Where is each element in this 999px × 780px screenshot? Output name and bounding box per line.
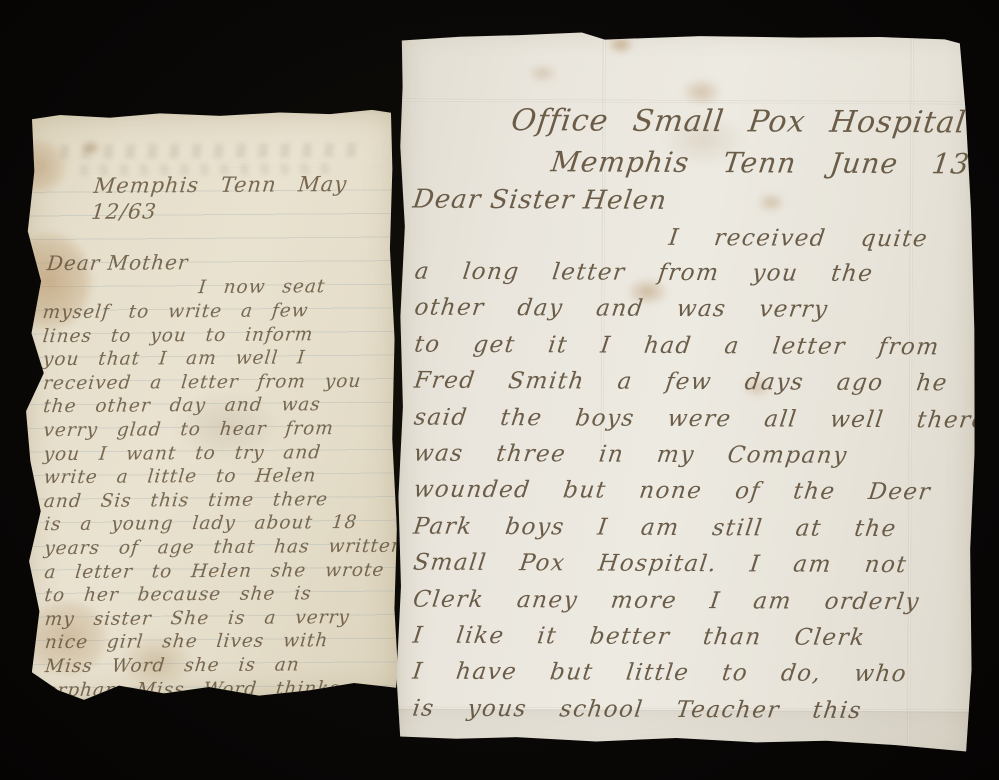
letter-line: myself to write a few xyxy=(41,299,401,325)
letter-line: said the boys were all well there xyxy=(412,399,980,438)
letter-line: is a young lady about 18 xyxy=(43,511,403,537)
letter-line: Fred Smith a few days ago he xyxy=(412,363,980,402)
left-letter-text: Memphis Tenn May 12/63 Dear Mother I now… xyxy=(20,109,402,702)
right-letter-dateline: Memphis Tenn June 13 xyxy=(549,143,979,183)
right-letter-salutation: Dear Sister Helen xyxy=(411,184,978,219)
letter-line: I like it better than Clerk xyxy=(411,618,979,657)
letter-line: received a letter from you xyxy=(42,369,402,395)
letter-line: Miss Word she is an xyxy=(44,653,404,679)
letter-line: you I want to try and xyxy=(42,440,402,466)
letter-line: a letter to Helen she wrote xyxy=(43,558,403,584)
left-letter-salutation: Dear Mother xyxy=(46,249,400,275)
right-letter-page: Office Small Pox Hospital Memphis Tenn J… xyxy=(396,26,977,755)
letter-line: Clerk aney more I am orderly xyxy=(411,581,979,620)
letter-line: a long letter from you the xyxy=(413,254,981,293)
right-letter-heading: Office Small Pox Hospital xyxy=(509,101,979,143)
letter-line: write a little to Helen xyxy=(43,464,403,490)
letter-line: to her because she is xyxy=(43,582,403,608)
letter-line: to get it I had a letter from xyxy=(412,326,980,365)
letter-line: Park boys I am still at the xyxy=(411,508,979,547)
letter-line: verry glad to hear from xyxy=(42,417,402,443)
letter-line: lines to you to inform xyxy=(42,322,402,348)
letter-line: and Sis this time there xyxy=(43,487,403,513)
left-letter-page: Memphis Tenn May 12/63 Dear Mother I now… xyxy=(20,109,402,702)
photo-of-two-handwritten-letters: Memphis Tenn May 12/63 Dear Mother I now… xyxy=(0,0,999,780)
letter-line: my sister She is a verry xyxy=(44,605,404,631)
letter-line: I have but little to do, who xyxy=(410,654,978,693)
letter-line: is yous school Teacher this xyxy=(410,690,978,729)
letter-line: was three in my Company xyxy=(412,436,980,475)
letter-line: you that I am well I xyxy=(42,346,402,372)
letter-line: Small Pox Hospital. I am not xyxy=(411,545,979,584)
letter-line: years of age that has written xyxy=(43,535,403,561)
letter-line: I received quite xyxy=(667,221,980,257)
letter-line: the other day and was xyxy=(42,393,402,419)
right-letter-text: Office Small Pox Hospital Memphis Tenn J… xyxy=(396,26,977,755)
letter-line: orphan Miss Word thinks xyxy=(44,676,404,702)
left-letter-dateline: Memphis Tenn May 12/63 xyxy=(90,171,401,225)
letter-line: nice girl she lives with xyxy=(44,629,404,655)
letter-line: wounded but none of the Deer xyxy=(411,472,979,511)
letter-line: I now seat xyxy=(197,275,401,300)
letter-line: other day and was verry xyxy=(412,290,980,329)
